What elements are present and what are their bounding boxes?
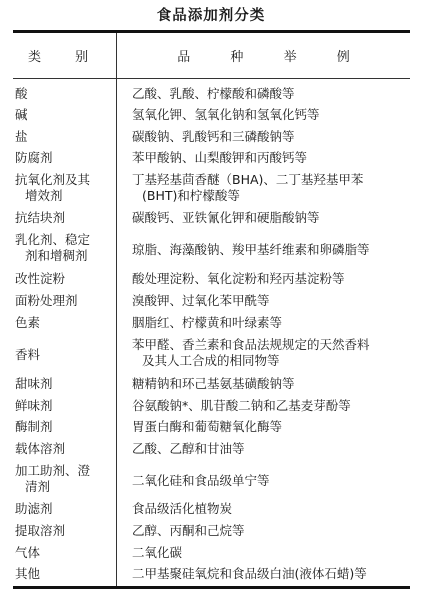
examples-cell: 酸处理淀粉、氧化淀粉和羟丙基淀粉等 — [132, 271, 412, 287]
category-text: 鲜味剂 — [15, 398, 115, 414]
category-cell: 酸 — [15, 86, 115, 102]
header-category: 类 别 — [20, 46, 110, 65]
header-examples-char: 种 — [230, 46, 243, 65]
category-text: 清剂 — [15, 479, 115, 495]
examples-text: 乙酸、乳酸、柠檬酸和磷酸等 — [132, 86, 412, 102]
examples-cell: 二甲基聚硅氧烷和食品级白油(液体石蜡)等 — [132, 566, 412, 582]
examples-text: 食品级活化植物炭 — [132, 501, 412, 517]
examples-cell: 氢氧化钾、氢氧化钠和氢氧化钙等 — [132, 107, 412, 123]
category-cell: 助滤剂 — [15, 501, 115, 517]
examples-text: 二氧化硅和食品级单宁等 — [132, 473, 412, 489]
header-category-char: 类 — [28, 46, 41, 65]
column-divider — [116, 33, 117, 586]
examples-text: 酸处理淀粉、氧化淀粉和羟丙基淀粉等 — [132, 271, 412, 287]
examples-text: 胭脂红、柠檬黄和叶绿素等 — [132, 315, 412, 331]
examples-text: 碳酸钙、亚铁氰化钾和硬脂酸钠等 — [132, 210, 412, 226]
examples-text: 胃蛋白酶和葡萄糖氧化酶等 — [132, 419, 412, 435]
category-text: 防腐剂 — [15, 150, 115, 166]
examples-cell: 苯甲醛、香兰素和食品法规规定的天然香料及其人工合成的相同物等 — [132, 337, 412, 369]
table-bottom-rule — [13, 586, 410, 589]
category-cell: 提取溶剂 — [15, 523, 115, 539]
examples-cell: 二氧化碳 — [132, 545, 412, 561]
table-header-rule — [13, 78, 410, 79]
examples-cell: 食品级活化植物炭 — [132, 501, 412, 517]
category-text: 酶制剂 — [15, 419, 115, 435]
header-examples: 品 种 举 例 — [117, 46, 410, 65]
category-text: 气体 — [15, 545, 115, 561]
page-title: 食品添加剂分类 — [0, 4, 422, 25]
category-text: 抗结块剂 — [15, 210, 115, 226]
examples-cell: 溴酸钾、过氧化苯甲酰等 — [132, 293, 412, 309]
examples-text: 糖精钠和环己基氨基磺酸钠等 — [132, 376, 412, 392]
examples-cell: 琼脂、海藻酸钠、羧甲基纤维素和卵磷脂等 — [132, 242, 412, 258]
category-cell: 鲜味剂 — [15, 398, 115, 414]
category-cell: 乳化剂、稳定剂和增稠剂 — [15, 232, 115, 264]
category-text: 面粉处理剂 — [15, 293, 115, 309]
category-text: 加工助剂、澄 — [15, 463, 115, 479]
examples-text: 二氧化碳 — [132, 545, 412, 561]
examples-cell: 胃蛋白酶和葡萄糖氧化酶等 — [132, 419, 412, 435]
examples-cell: 碳酸钙、亚铁氰化钾和硬脂酸钠等 — [132, 210, 412, 226]
examples-text: 及其人工合成的相同物等 — [132, 353, 412, 369]
category-text: 剂和增稠剂 — [15, 248, 115, 264]
category-text: 香料 — [15, 347, 115, 363]
category-cell: 酶制剂 — [15, 419, 115, 435]
examples-cell: 乙酸、乙醇和甘油等 — [132, 441, 412, 457]
examples-text: 二甲基聚硅氧烷和食品级白油(液体石蜡)等 — [132, 566, 412, 582]
category-cell: 其他 — [15, 566, 115, 582]
examples-text: 谷氨酸钠*、肌苷酸二钠和乙基麦芽酚等 — [132, 398, 412, 414]
category-cell: 甜味剂 — [15, 376, 115, 392]
header-examples-char: 例 — [337, 46, 350, 65]
category-text: 盐 — [15, 129, 115, 145]
category-cell: 抗结块剂 — [15, 210, 115, 226]
examples-cell: 丁基羟基茴香醚（BHA)、二丁基羟基甲苯(BHT)和柠檬酸等 — [132, 172, 412, 204]
examples-cell: 乙醇、丙酮和己烷等 — [132, 523, 412, 539]
examples-text: 碳酸钠、乳酸钙和三磷酸钠等 — [132, 129, 412, 145]
category-text: 载体溶剂 — [15, 441, 115, 457]
category-cell: 防腐剂 — [15, 150, 115, 166]
examples-text: 琼脂、海藻酸钠、羧甲基纤维素和卵磷脂等 — [132, 242, 412, 258]
category-text: 抗氧化剂及其 — [15, 172, 115, 188]
examples-text: 苯甲酸钠、山梨酸钾和丙酸钙等 — [132, 150, 412, 166]
category-text: 乳化剂、稳定 — [15, 232, 115, 248]
category-text: 提取溶剂 — [15, 523, 115, 539]
category-text: 色素 — [15, 315, 115, 331]
header-examples-char: 举 — [284, 46, 297, 65]
category-cell: 气体 — [15, 545, 115, 561]
category-cell: 盐 — [15, 129, 115, 145]
examples-text: 苯甲醛、香兰素和食品法规规定的天然香料 — [132, 337, 412, 353]
examples-cell: 谷氨酸钠*、肌苷酸二钠和乙基麦芽酚等 — [132, 398, 412, 414]
category-text: 改性淀粉 — [15, 271, 115, 287]
category-cell: 色素 — [15, 315, 115, 331]
examples-text: (BHT)和柠檬酸等 — [132, 188, 412, 204]
examples-text: 溴酸钾、过氧化苯甲酰等 — [132, 293, 412, 309]
examples-cell: 乙酸、乳酸、柠檬酸和磷酸等 — [132, 86, 412, 102]
category-cell: 抗氧化剂及其增效剂 — [15, 172, 115, 204]
category-cell: 面粉处理剂 — [15, 293, 115, 309]
category-text: 碱 — [15, 107, 115, 123]
examples-cell: 糖精钠和环己基氨基磺酸钠等 — [132, 376, 412, 392]
examples-cell: 苯甲酸钠、山梨酸钾和丙酸钙等 — [132, 150, 412, 166]
category-text: 甜味剂 — [15, 376, 115, 392]
examples-cell: 二氧化硅和食品级单宁等 — [132, 473, 412, 489]
category-cell: 香料 — [15, 347, 115, 363]
category-text: 其他 — [15, 566, 115, 582]
table-top-rule — [13, 30, 410, 33]
examples-cell: 胭脂红、柠檬黄和叶绿素等 — [132, 315, 412, 331]
category-text: 助滤剂 — [15, 501, 115, 517]
category-cell: 碱 — [15, 107, 115, 123]
examples-cell: 碳酸钠、乳酸钙和三磷酸钠等 — [132, 129, 412, 145]
category-text: 增效剂 — [15, 188, 115, 204]
category-text: 酸 — [15, 86, 115, 102]
examples-text: 丁基羟基茴香醚（BHA)、二丁基羟基甲苯 — [132, 172, 412, 188]
category-cell: 改性淀粉 — [15, 271, 115, 287]
examples-text: 乙醇、丙酮和己烷等 — [132, 523, 412, 539]
examples-text: 氢氧化钾、氢氧化钠和氢氧化钙等 — [132, 107, 412, 123]
header-category-char: 别 — [75, 46, 88, 65]
examples-text: 乙酸、乙醇和甘油等 — [132, 441, 412, 457]
header-examples-char: 品 — [177, 46, 190, 65]
category-cell: 载体溶剂 — [15, 441, 115, 457]
category-cell: 加工助剂、澄清剂 — [15, 463, 115, 495]
